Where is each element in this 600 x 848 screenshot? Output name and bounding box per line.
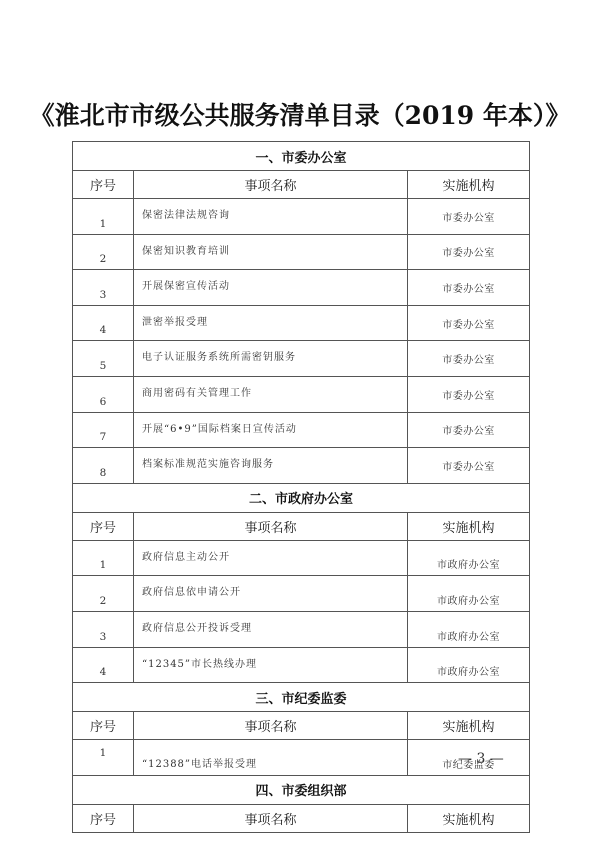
item-org: 市委办公室 (408, 341, 530, 377)
column-header-org: 实施机构 (408, 171, 530, 199)
column-header-name: 事项名称 (134, 712, 408, 740)
item-name: 泄密举报受理 (134, 305, 408, 341)
page-number: — 3 — (458, 751, 504, 767)
section-title: 一、市委办公室 (73, 142, 530, 171)
table-row: 1政府信息主动公开市政府办公室 (73, 540, 530, 576)
item-name: 开展“6•9”国际档案日宣传活动 (134, 412, 408, 448)
item-org: 市委办公室 (408, 234, 530, 270)
column-header-index: 序号 (73, 171, 134, 199)
section-header-row: 一、市委办公室 (73, 142, 530, 171)
item-org: 市政府办公室 (408, 611, 530, 647)
column-header-org: 实施机构 (408, 804, 530, 832)
item-index: 1 (73, 540, 134, 576)
column-header-index: 序号 (73, 804, 134, 832)
table-row: 1保密法律法规咨询市委办公室 (73, 199, 530, 235)
table-row: 3开展保密宣传活动市委办公室 (73, 270, 530, 306)
section-header-row: 四、市委组织部 (73, 775, 530, 804)
item-index: 7 (73, 412, 134, 448)
document-title: 《淮北市市级公共服务清单目录（2019 年本）》 (0, 96, 600, 132)
item-index: 2 (73, 234, 134, 270)
item-name: 保密知识教育培训 (134, 234, 408, 270)
table-row: 3政府信息公开投诉受理市政府办公室 (73, 611, 530, 647)
item-name: “12345”市长热线办理 (134, 647, 408, 683)
table-row: 6商用密码有关管理工作市委办公室 (73, 376, 530, 412)
table-row: 7开展“6•9”国际档案日宣传活动市委办公室 (73, 412, 530, 448)
table-row: 2政府信息依申请公开市政府办公室 (73, 576, 530, 612)
item-index: 1 (73, 740, 134, 776)
section-title: 二、市政府办公室 (73, 483, 530, 512)
item-index: 5 (73, 341, 134, 377)
column-header-row: 序号 事项名称 实施机构 (73, 712, 530, 740)
column-header-name: 事项名称 (134, 171, 408, 199)
column-header-row: 序号 事项名称 实施机构 (73, 171, 530, 199)
column-header-name: 事项名称 (134, 512, 408, 540)
item-org: 市政府办公室 (408, 647, 530, 683)
item-org: 市委办公室 (408, 199, 530, 235)
section-header-row: 三、市纪委监委 (73, 683, 530, 712)
item-name: “12388”电话举报受理 (134, 740, 408, 776)
section-title: 四、市委组织部 (73, 775, 530, 804)
item-org: 市政府办公室 (408, 576, 530, 612)
column-header-index: 序号 (73, 712, 134, 740)
item-name: 商用密码有关管理工作 (134, 376, 408, 412)
section-header-row: 二、市政府办公室 (73, 483, 530, 512)
table-row: 2保密知识教育培训市委办公室 (73, 234, 530, 270)
item-org: 市委办公室 (408, 412, 530, 448)
service-catalog-table: 一、市委办公室 序号 事项名称 实施机构 1保密法律法规咨询市委办公室 2保密知… (72, 141, 530, 833)
item-index: 4 (73, 647, 134, 683)
item-org: 市政府办公室 (408, 540, 530, 576)
item-name: 保密法律法规咨询 (134, 199, 408, 235)
column-header-index: 序号 (73, 512, 134, 540)
column-header-row: 序号 事项名称 实施机构 (73, 512, 530, 540)
item-index: 2 (73, 576, 134, 612)
table-row: 5电子认证服务系统所需密钥服务市委办公室 (73, 341, 530, 377)
table-row: 8档案标准规范实施咨询服务市委办公室 (73, 448, 530, 484)
item-name: 档案标准规范实施咨询服务 (134, 448, 408, 484)
item-name: 政府信息依申请公开 (134, 576, 408, 612)
item-name: 开展保密宣传活动 (134, 270, 408, 306)
column-header-name: 事项名称 (134, 804, 408, 832)
column-header-org: 实施机构 (408, 512, 530, 540)
item-index: 1 (73, 199, 134, 235)
item-index: 4 (73, 305, 134, 341)
item-index: 3 (73, 611, 134, 647)
item-org: 市委办公室 (408, 270, 530, 306)
item-name: 电子认证服务系统所需密钥服务 (134, 341, 408, 377)
item-index: 6 (73, 376, 134, 412)
item-org: 市委办公室 (408, 305, 530, 341)
item-org: 市委办公室 (408, 448, 530, 484)
column-header-org: 实施机构 (408, 712, 530, 740)
item-index: 3 (73, 270, 134, 306)
table-row: 4“12345”市长热线办理市政府办公室 (73, 647, 530, 683)
item-name: 政府信息公开投诉受理 (134, 611, 408, 647)
table-row: 4泄密举报受理市委办公室 (73, 305, 530, 341)
column-header-row: 序号 事项名称 实施机构 (73, 804, 530, 832)
item-org: 市委办公室 (408, 376, 530, 412)
item-index: 8 (73, 448, 134, 484)
section-title: 三、市纪委监委 (73, 683, 530, 712)
item-name: 政府信息主动公开 (134, 540, 408, 576)
